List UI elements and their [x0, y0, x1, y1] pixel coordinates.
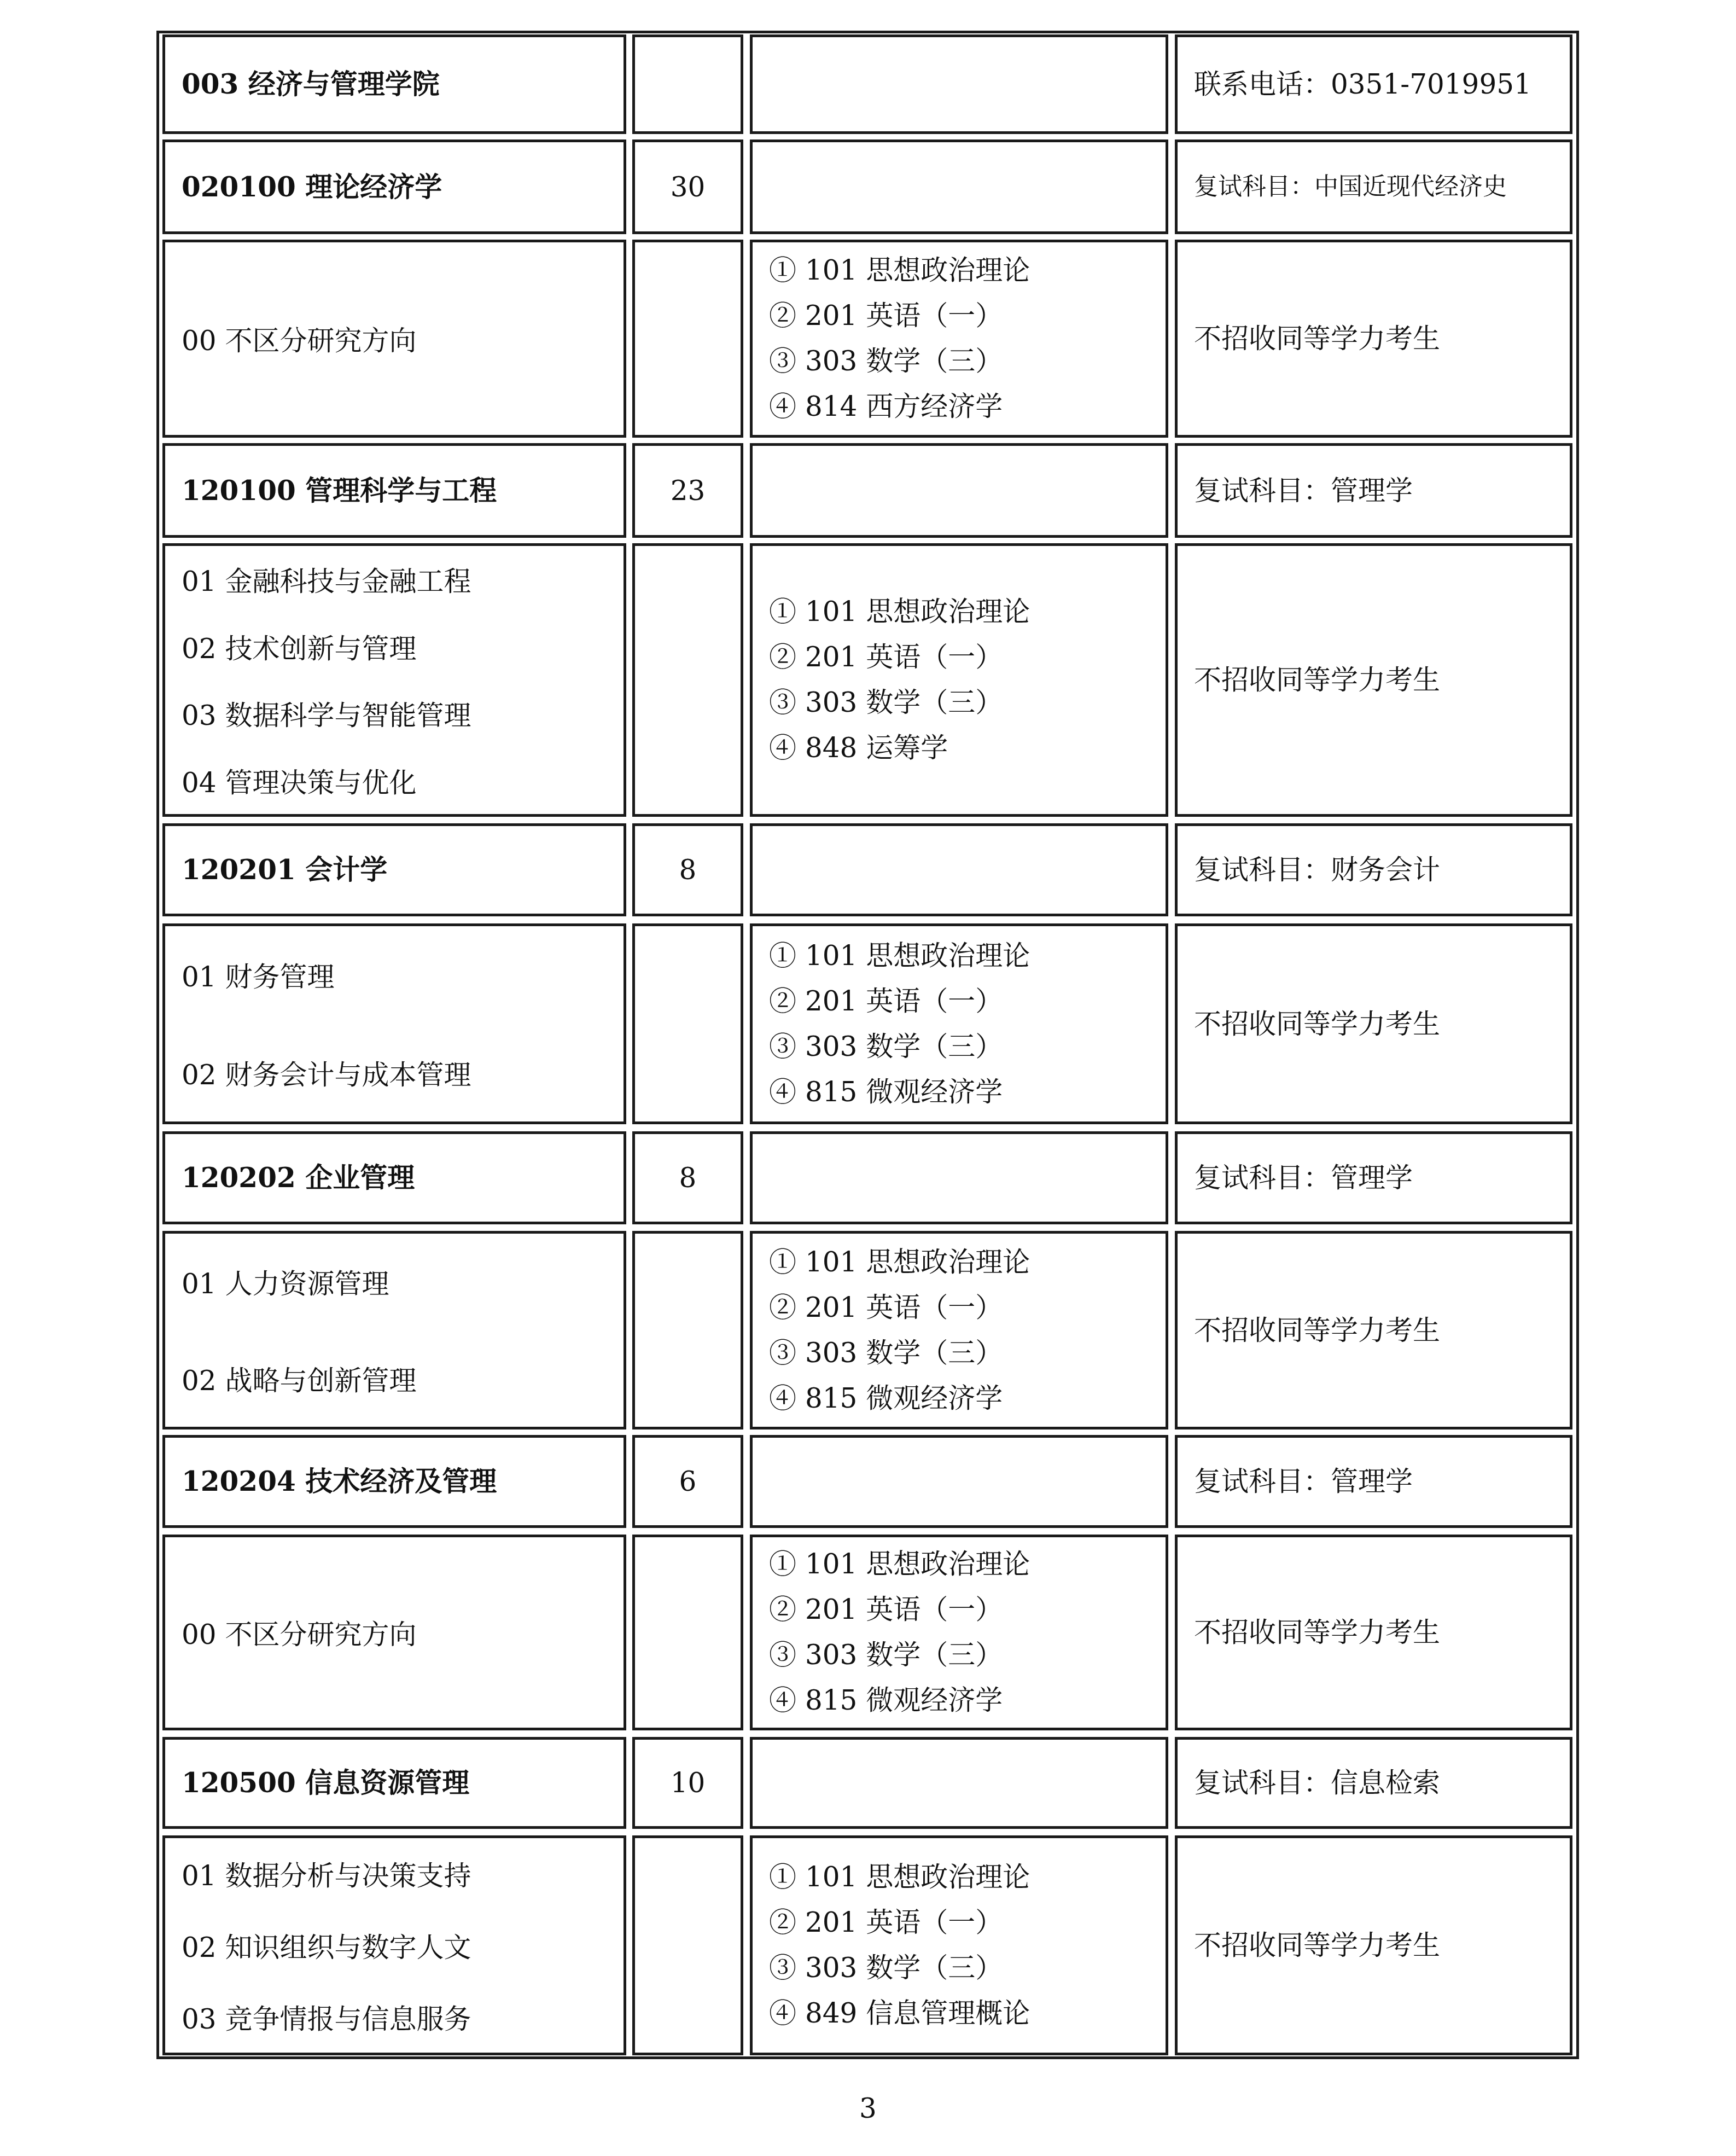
remark-cell: 不招收同等学力考生 — [1175, 1535, 1572, 1730]
major-note-cell: 复试科目：中国近现代经济史 — [1175, 140, 1572, 234]
directions-cell: 00 不区分研究方向 — [162, 240, 626, 438]
major-note-cell: 复试科目：管理学 — [1175, 1435, 1572, 1528]
directions-quota-cell — [632, 923, 743, 1124]
major-quota-cell: 8 — [632, 823, 743, 916]
college-name: 003 经济与管理学院 — [182, 68, 613, 101]
major-title: 120204 技术经济及管理 — [182, 1465, 613, 1498]
exam-item: ② 201 英语（一） — [769, 635, 1155, 680]
directions-quota-cell — [632, 543, 743, 817]
exams-cell: ① 101 思想政治理论 ② 201 英语（一） ③ 303 数学（三） ④ 8… — [750, 1231, 1168, 1429]
exam-item: ① 101 思想政治理论 — [769, 1240, 1155, 1285]
direction-item: 02 知识组织与数字人文 — [182, 1926, 613, 1965]
exams-cell: ① 101 思想政治理论 ② 201 英语（一） ③ 303 数学（三） ④ 8… — [750, 1535, 1168, 1730]
major-quota-cell: 30 — [632, 140, 743, 234]
exam-item: ③ 303 数学（三） — [769, 1632, 1155, 1678]
exam-list: ① 101 思想政治理论 ② 201 英语（一） ③ 303 数学（三） ④ 8… — [769, 1542, 1155, 1723]
exam-item: ④ 815 微观经济学 — [769, 1678, 1155, 1723]
major-quota: 8 — [635, 1161, 741, 1194]
direction-item: 01 财务管理 — [182, 955, 613, 995]
major-note-cell: 复试科目：财务会计 — [1175, 823, 1572, 916]
remark: 不招收同等学力考生 — [1194, 1314, 1559, 1347]
major-title: 120202 企业管理 — [182, 1161, 613, 1194]
exams-cell: ① 101 思想政治理论 ② 201 英语（一） ③ 303 数学（三） ④ 8… — [750, 240, 1168, 438]
directions-list: 00 不区分研究方向 — [182, 1537, 613, 1728]
major-note: 复试科目：信息检索 — [1194, 1766, 1559, 1799]
exam-list: ① 101 思想政治理论 ② 201 英语（一） ③ 303 数学（三） ④ 8… — [769, 1855, 1155, 2036]
remark-cell: 不招收同等学力考生 — [1175, 240, 1572, 438]
major-note: 复试科目：财务会计 — [1194, 853, 1559, 886]
major-exams-header-cell — [750, 1737, 1168, 1829]
remark-cell: 不招收同等学力考生 — [1175, 1231, 1572, 1429]
remark-cell: 不招收同等学力考生 — [1175, 923, 1572, 1124]
major-note-cell: 复试科目：管理学 — [1175, 1131, 1572, 1224]
major-note: 复试科目：管理学 — [1194, 1465, 1559, 1498]
direction-item: 02 技术创新与管理 — [182, 627, 613, 666]
major-exams-header-cell — [750, 140, 1168, 234]
directions-list: 01 财务管理 02 财务会计与成本管理 — [182, 926, 613, 1121]
major-title-cell: 120500 信息资源管理 — [162, 1737, 626, 1829]
exam-item: ③ 303 数学（三） — [769, 1330, 1155, 1376]
major-exams-header-cell — [750, 1435, 1168, 1528]
exam-item: ③ 303 数学（三） — [769, 1024, 1155, 1070]
major-title-cell: 120204 技术经济及管理 — [162, 1435, 626, 1528]
major-quota: 8 — [635, 853, 741, 886]
exam-item: ④ 815 微观经济学 — [769, 1070, 1155, 1115]
remark: 不招收同等学力考生 — [1194, 664, 1559, 696]
exam-item: ① 101 思想政治理论 — [769, 1542, 1155, 1587]
major-quota-cell: 23 — [632, 443, 743, 538]
major-quota-cell: 10 — [632, 1737, 743, 1829]
directions-cell: 01 财务管理 02 财务会计与成本管理 — [162, 923, 626, 1124]
directions-cell: 01 数据分析与决策支持 02 知识组织与数字人文 03 竞争情报与信息服务 — [162, 1835, 626, 2055]
major-exams-header-cell — [750, 443, 1168, 538]
major-exams-header-cell — [750, 823, 1168, 916]
exam-item: ③ 303 数学（三） — [769, 680, 1155, 725]
major-quota: 30 — [635, 171, 741, 204]
exam-item: ③ 303 数学（三） — [769, 1945, 1155, 1991]
exams-cell: ① 101 思想政治理论 ② 201 英语（一） ③ 303 数学（三） ④ 8… — [750, 1835, 1168, 2055]
exam-item: ② 201 英语（一） — [769, 1900, 1155, 1945]
exam-list: ① 101 思想政治理论 ② 201 英语（一） ③ 303 数学（三） ④ 8… — [769, 1240, 1155, 1421]
directions-list: 01 数据分析与决策支持 02 知识组织与数字人文 03 竞争情报与信息服务 — [182, 1838, 613, 2053]
exam-item: ② 201 英语（一） — [769, 979, 1155, 1024]
college-name-cell: 003 经济与管理学院 — [162, 34, 626, 134]
college-contact-cell: 联系电话：0351-7019951 — [1175, 34, 1572, 134]
directions-cell: 00 不区分研究方向 — [162, 1535, 626, 1730]
exam-item: ③ 303 数学（三） — [769, 339, 1155, 384]
major-title-cell: 020100 理论经济学 — [162, 140, 626, 234]
directions-list: 01 金融科技与金融工程 02 技术创新与管理 03 数据科学与智能管理 04 … — [182, 546, 613, 814]
exam-item: ④ 848 运筹学 — [769, 725, 1155, 771]
major-title-cell: 120202 企业管理 — [162, 1131, 626, 1224]
directions-cell: 01 人力资源管理 02 战略与创新管理 — [162, 1231, 626, 1429]
major-note: 复试科目：管理学 — [1194, 474, 1559, 507]
exam-item: ① 101 思想政治理论 — [769, 248, 1155, 293]
remark: 不招收同等学力考生 — [1194, 1616, 1559, 1649]
major-exams-header-cell — [750, 1131, 1168, 1224]
major-title-cell: 120100 管理科学与工程 — [162, 443, 626, 538]
direction-item: 01 人力资源管理 — [182, 1262, 613, 1301]
exam-list: ① 101 思想政治理论 ② 201 英语（一） ③ 303 数学（三） ④ 8… — [769, 589, 1155, 771]
direction-item: 03 竞争情报与信息服务 — [182, 1997, 613, 2037]
remark-cell: 不招收同等学力考生 — [1175, 543, 1572, 817]
remark: 不招收同等学力考生 — [1194, 1008, 1559, 1041]
exam-item: ② 201 英语（一） — [769, 1285, 1155, 1330]
exam-item: ① 101 思想政治理论 — [769, 589, 1155, 635]
exam-list: ① 101 思想政治理论 ② 201 英语（一） ③ 303 数学（三） ④ 8… — [769, 248, 1155, 429]
college-quota-cell — [632, 34, 743, 134]
directions-quota-cell — [632, 240, 743, 438]
major-note-cell: 复试科目：信息检索 — [1175, 1737, 1572, 1829]
direction-item: 01 数据分析与决策支持 — [182, 1854, 613, 1893]
major-note: 复试科目：中国近现代经济史 — [1194, 172, 1559, 201]
exam-item: ① 101 思想政治理论 — [769, 933, 1155, 979]
direction-item: 03 数据科学与智能管理 — [182, 694, 613, 733]
direction-item: 02 战略与创新管理 — [182, 1359, 613, 1398]
exam-item: ④ 815 微观经济学 — [769, 1376, 1155, 1421]
major-title: 020100 理论经济学 — [182, 171, 613, 204]
major-title: 120500 信息资源管理 — [182, 1766, 613, 1799]
major-quota-cell: 8 — [632, 1131, 743, 1224]
directions-quota-cell — [632, 1231, 743, 1429]
page-number: 3 — [0, 2093, 1736, 2124]
direction-item: 00 不区分研究方向 — [182, 319, 613, 358]
directions-quota-cell — [632, 1835, 743, 2055]
exam-item: ④ 814 西方经济学 — [769, 384, 1155, 429]
major-quota: 10 — [635, 1766, 741, 1799]
exam-item: ① 101 思想政治理论 — [769, 1855, 1155, 1900]
major-title: 120100 管理科学与工程 — [182, 474, 613, 507]
exam-item: ④ 849 信息管理概论 — [769, 1991, 1155, 2036]
remark: 不招收同等学力考生 — [1194, 1929, 1559, 1962]
exams-cell: ① 101 思想政治理论 ② 201 英语（一） ③ 303 数学（三） ④ 8… — [750, 543, 1168, 817]
remark: 不招收同等学力考生 — [1194, 322, 1559, 355]
directions-cell: 01 金融科技与金融工程 02 技术创新与管理 03 数据科学与智能管理 04 … — [162, 543, 626, 817]
remark-cell: 不招收同等学力考生 — [1175, 1835, 1572, 2055]
major-title-cell: 120201 会计学 — [162, 823, 626, 916]
direction-item: 02 财务会计与成本管理 — [182, 1053, 613, 1092]
major-note: 复试科目：管理学 — [1194, 1161, 1559, 1194]
direction-item: 04 管理决策与优化 — [182, 761, 613, 800]
directions-quota-cell — [632, 1535, 743, 1730]
directions-list: 01 人力资源管理 02 战略与创新管理 — [182, 1234, 613, 1427]
directions-list: 00 不区分研究方向 — [182, 242, 613, 435]
major-quota: 23 — [635, 474, 741, 507]
major-quota-cell: 6 — [632, 1435, 743, 1528]
direction-item: 00 不区分研究方向 — [182, 1613, 613, 1652]
college-exams-cell — [750, 34, 1168, 134]
major-title: 120201 会计学 — [182, 853, 613, 886]
exam-item: ② 201 英语（一） — [769, 293, 1155, 339]
exam-item: ② 201 英语（一） — [769, 1587, 1155, 1632]
college-contact: 联系电话：0351-7019951 — [1194, 68, 1559, 101]
direction-item: 01 金融科技与金融工程 — [182, 560, 613, 599]
exams-cell: ① 101 思想政治理论 ② 201 英语（一） ③ 303 数学（三） ④ 8… — [750, 923, 1168, 1124]
major-quota: 6 — [635, 1465, 741, 1498]
major-note-cell: 复试科目：管理学 — [1175, 443, 1572, 538]
exam-list: ① 101 思想政治理论 ② 201 英语（一） ③ 303 数学（三） ④ 8… — [769, 933, 1155, 1115]
